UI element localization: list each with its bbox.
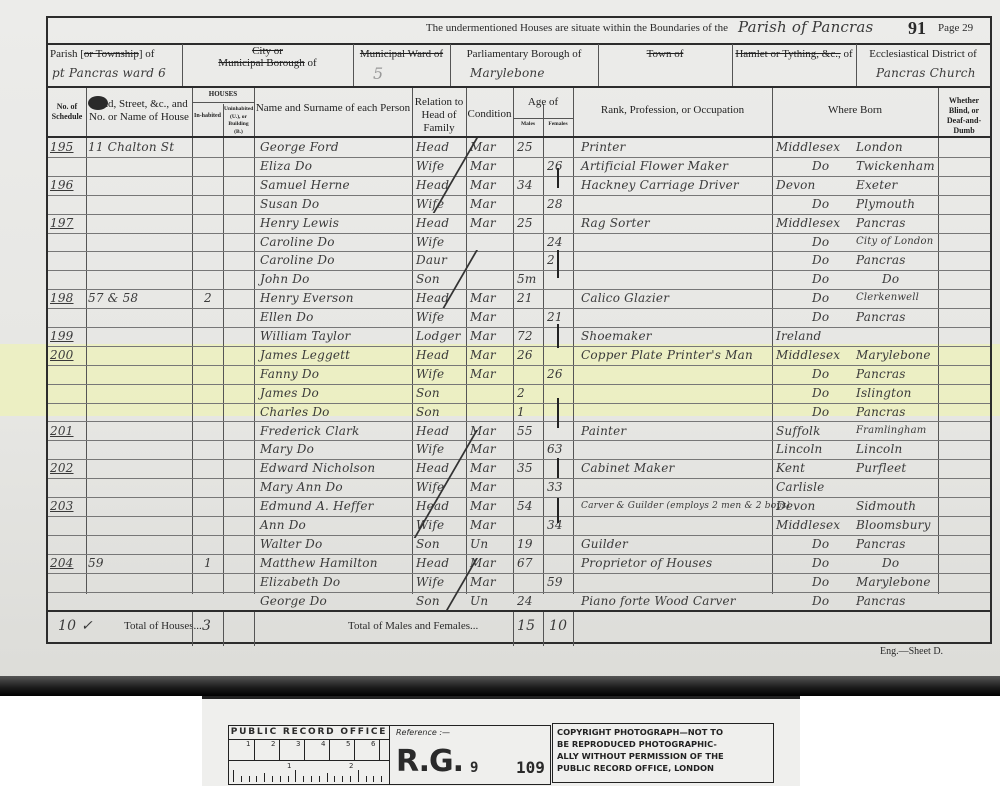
cm-label: 3: [296, 740, 300, 748]
tally-tick: [557, 458, 559, 478]
birth-county: Middlesex: [776, 216, 840, 230]
tally-tick: [557, 398, 559, 428]
tally-tick: [557, 250, 559, 278]
cm-label: 1: [246, 740, 250, 748]
road-address: 57 & 58: [88, 291, 138, 305]
relation-to-head: Lodger: [416, 329, 461, 343]
table-row[interactable]: 199William TaylorLodgerMar72ShoemakerIre…: [48, 327, 990, 346]
table-row[interactable]: James DoSon2DoIslington: [48, 384, 990, 403]
inch-tick: [381, 776, 382, 782]
inch-tick: [256, 776, 257, 782]
relation-to-head: Wife: [416, 159, 444, 173]
occupation: Printer: [581, 140, 625, 154]
birth-place: Plymouth: [856, 197, 915, 211]
table-row[interactable]: 197Henry LewisHeadMar25Rag SorterMiddles…: [48, 214, 990, 233]
condition: Un: [470, 537, 488, 551]
birth-place: Clerkenwell: [856, 292, 919, 303]
male-age: 67: [517, 556, 533, 570]
birth-place: Pancras: [856, 216, 906, 230]
table-row[interactable]: 203Edmund A. HefferHeadMar54Carver & Gui…: [48, 497, 990, 516]
table-row[interactable]: 204591Matthew HamiltonHeadMar67Proprieto…: [48, 554, 990, 573]
copyright-line: BE REPRODUCED PHOTOGRAPHIC-: [557, 738, 769, 750]
footer-note: Eng.—Sheet D.: [880, 646, 943, 657]
title-line: The undermentioned Houses are situate wi…: [288, 22, 728, 34]
inch-tick: [233, 770, 234, 782]
birth-place: Purfleet: [856, 461, 906, 475]
birth-county: Devon: [776, 178, 815, 192]
reference-label: Reference :—: [396, 728, 450, 737]
total-males: 15: [517, 618, 535, 634]
total-houses-value: 3: [202, 618, 211, 634]
header-box-value: Pancras Church: [876, 66, 976, 80]
birth-county: Ireland: [776, 329, 821, 343]
female-age: 24: [547, 235, 563, 249]
cm-tick: [254, 739, 255, 760]
inch-tick: [350, 776, 351, 782]
person-name: George Ford: [260, 140, 339, 154]
inch-tick: [334, 776, 335, 782]
birth-county: Do: [812, 367, 829, 381]
person-name: James Leggett: [260, 348, 350, 362]
inch-tick: [366, 776, 367, 782]
person-name: Elizabeth Do: [260, 575, 340, 589]
table-row[interactable]: Caroline DoDaur2DoPancras: [48, 251, 990, 270]
birth-county: Carlisle: [776, 480, 824, 494]
label-line: Municipal Borough of: [184, 57, 351, 69]
condition: Mar: [470, 159, 496, 173]
female-age: 2: [547, 253, 555, 267]
totals-divider: [543, 612, 544, 646]
inhabited-count: 2: [204, 291, 212, 305]
inch-tick: [249, 776, 250, 782]
birth-place: London: [856, 140, 903, 154]
road-address: 59: [88, 556, 104, 570]
person-name: Henry Lewis: [260, 216, 339, 230]
birth-place: Marylebone: [856, 348, 931, 362]
birth-county: Do: [812, 272, 829, 286]
inch-tick: [303, 776, 304, 782]
folio-number: 91: [908, 18, 926, 39]
birth-place: Pancras: [856, 405, 906, 419]
header-box-label: Hamlet or Tything, &c., of: [734, 48, 854, 60]
struck-label: or Township: [84, 48, 139, 60]
column-header-males: Males: [514, 121, 542, 129]
inch-tick: [295, 770, 296, 782]
relation-to-head: Head: [416, 348, 449, 362]
houses-subdivider: [192, 102, 254, 103]
label-text: Ecclesiastical District of: [869, 48, 977, 60]
column-header-houses: HOUSES: [193, 90, 253, 99]
header-divider: [353, 44, 354, 87]
schedule-number: 197: [50, 216, 74, 230]
birth-place: Do: [882, 556, 899, 570]
birth-county: Do: [812, 235, 829, 249]
table-row[interactable]: Mary DoWifeMar63LincolnLincoln: [48, 440, 990, 459]
tally-tick: [557, 324, 559, 348]
person-name: Caroline Do: [260, 253, 335, 267]
total-houses-label: Total of Houses...: [124, 620, 202, 632]
table-row[interactable]: 201Frederick ClarkHeadMar55PainterSuffol…: [48, 422, 990, 441]
female-age: 21: [547, 310, 563, 324]
struck-label: Hamlet or Tything, &c.,: [735, 48, 840, 60]
header-box-label: Municipal Ward of: [355, 48, 448, 60]
relation-to-head: Head: [416, 140, 449, 154]
person-name: Walter Do: [260, 537, 322, 551]
table-row[interactable]: Walter DoSonUn19GuilderDoPancras: [48, 535, 990, 554]
relation-to-head: Son: [416, 272, 440, 286]
column-header-condition: Condition: [467, 108, 512, 121]
schedule-number: 198: [50, 291, 74, 305]
relation-to-head: Wife: [416, 310, 444, 324]
birth-place: Do: [882, 272, 899, 286]
person-name: Frederick Clark: [260, 424, 360, 438]
scale-divider: [229, 760, 389, 761]
total-persons-label: Total of Males and Females...: [348, 620, 478, 632]
birth-place: Pancras: [856, 367, 906, 381]
inch-tick: [342, 776, 343, 782]
occupation: Rag Sorter: [581, 216, 650, 230]
cm-tick: [304, 739, 305, 760]
birth-place: Marylebone: [856, 575, 931, 589]
totals-divider: [192, 612, 193, 646]
person-name: Mary Do: [260, 442, 314, 456]
label-text: Parliamentary Borough of: [467, 48, 582, 60]
struck-label: Municipal Borough: [218, 57, 304, 69]
relation-to-head: Wife: [416, 235, 444, 249]
birth-county: Do: [812, 405, 829, 419]
column-header-relation: Relation to Head of Family: [413, 96, 465, 135]
birth-county: Do: [812, 291, 829, 305]
birth-county: Do: [812, 197, 829, 211]
condition: Mar: [470, 499, 496, 513]
occupation: Cabinet Maker: [581, 461, 674, 475]
condition: Mar: [470, 480, 496, 494]
reference-series: 9: [470, 760, 478, 776]
header-box-label: Town of: [600, 48, 730, 60]
struck-label: City or: [184, 45, 351, 57]
header-box-label: Ecclesiastical District of: [858, 48, 988, 60]
birth-county: Lincoln: [776, 442, 822, 456]
copyright-line: PUBLIC RECORD OFFICE, LONDON: [557, 762, 769, 774]
male-age: 1: [517, 405, 525, 419]
occupation: Shoemaker: [581, 329, 652, 343]
table-row[interactable]: Caroline DoWife24DoCity of London: [48, 233, 990, 252]
person-name: Edward Nicholson: [260, 461, 375, 475]
relation-to-head: Head: [416, 178, 449, 192]
total-females: 10: [549, 618, 567, 634]
relation-to-head: Son: [416, 405, 440, 419]
birth-county: Middlesex: [776, 518, 840, 532]
person-name: Ellen Do: [260, 310, 314, 324]
birth-place: Pancras: [856, 253, 906, 267]
schedule-number: 195: [50, 140, 74, 154]
female-age: 59: [547, 575, 563, 589]
cm-label: 4: [321, 740, 325, 748]
condition: Mar: [470, 291, 496, 305]
occupation: Painter: [581, 424, 626, 438]
condition: Mar: [470, 367, 496, 381]
table-row[interactable]: 196Samuel HerneHeadMar34Hackney Carriage…: [48, 176, 990, 195]
copyright-line: ALLY WITHOUT PERMISSION OF THE: [557, 750, 769, 762]
header-box-label: Parliamentary Borough of: [452, 48, 596, 60]
column-header-females: Females: [544, 121, 572, 129]
schedule-number: 200: [50, 348, 74, 362]
column-header-age: Age of: [514, 96, 572, 109]
person-name: Edmund A. Heffer: [260, 499, 374, 513]
birth-county: Do: [812, 253, 829, 267]
female-age: 63: [547, 442, 563, 456]
relation-to-head: Wife: [416, 575, 444, 589]
cm-label: 2: [271, 740, 275, 748]
condition: Mar: [470, 310, 496, 324]
male-age: 24: [517, 594, 533, 608]
reference-class: R.G.: [396, 744, 463, 779]
condition: Mar: [470, 518, 496, 532]
male-age: 2: [517, 386, 525, 400]
cm-tick: [279, 739, 280, 760]
birth-place: Framlingham: [856, 425, 927, 436]
female-age: 28: [547, 197, 563, 211]
column-header-uninhabited: Uninhabited (U.), or Building (B.): [224, 106, 253, 136]
page-label: Page 29: [938, 22, 973, 34]
condition: Mar: [470, 329, 496, 343]
totals-divider: [573, 612, 574, 646]
relation-to-head: Head: [416, 424, 449, 438]
inch-tick: [288, 776, 289, 782]
male-age: 54: [517, 499, 533, 513]
condition: Un: [470, 594, 488, 608]
relation-to-head: Wife: [416, 442, 444, 456]
person-name: Eliza Do: [260, 159, 312, 173]
birth-county: Do: [812, 537, 829, 551]
tally-tick: [557, 168, 559, 188]
age-subdivider: [513, 118, 573, 119]
birth-county: Do: [812, 386, 829, 400]
birth-place: Twickenham: [856, 159, 935, 173]
condition: Mar: [470, 442, 496, 456]
totals-divider: [513, 612, 514, 646]
birth-county: Kent: [776, 461, 805, 475]
birth-place: Pancras: [856, 310, 906, 324]
column-header-inhabited: In-habited: [193, 112, 222, 120]
total-schedules: 10 ✓: [58, 618, 93, 634]
schedule-number: 203: [50, 499, 74, 513]
relation-to-head: Head: [416, 556, 449, 570]
birth-place: Islington: [856, 386, 912, 400]
occupation: Artificial Flower Maker: [581, 159, 728, 173]
table-row[interactable]: 200James LeggettHeadMar26Copper Plate Pr…: [48, 346, 990, 365]
cm-tick: [329, 739, 330, 760]
struck-label: Town of: [647, 48, 684, 60]
birth-place: Exeter: [856, 178, 898, 192]
header-divider: [732, 44, 733, 87]
relation-to-head: Head: [416, 216, 449, 230]
birth-place: Pancras: [856, 594, 906, 608]
cm-label: 5: [346, 740, 350, 748]
person-name: Matthew Hamilton: [260, 556, 378, 570]
birth-place: Lincoln: [856, 442, 902, 456]
person-name: Mary Ann Do: [260, 480, 343, 494]
header-divider: [856, 44, 857, 87]
inch-label: 2: [349, 762, 353, 770]
table-row[interactable]: Charles DoSon1DoPancras: [48, 403, 990, 422]
column-header-blind: Whether Blind, or Deaf-and-Dumb: [939, 96, 989, 136]
table-row[interactable]: 19511 Chalton StGeorge FordHeadMar25Prin…: [48, 138, 990, 157]
reference-piece: 109: [516, 758, 545, 777]
occupation: Proprietor of Houses: [581, 556, 712, 570]
road-address: 11 Chalton St: [88, 140, 174, 154]
relation-to-head: Son: [416, 594, 440, 608]
copyright-notice: COPYRIGHT PHOTOGRAPH—NOT TOBE REPRODUCED…: [552, 723, 774, 783]
condition: Mar: [470, 348, 496, 362]
tally-tick: [557, 498, 559, 523]
condition: Mar: [470, 461, 496, 475]
male-age: 72: [517, 329, 533, 343]
female-age: 34: [547, 518, 563, 532]
birth-place: Sidmouth: [856, 499, 916, 513]
schedule-number: 199: [50, 329, 74, 343]
table-row[interactable]: John DoSon5mDoDo: [48, 270, 990, 289]
header-divider: [598, 44, 599, 87]
scale-divider: [229, 739, 389, 740]
inch-tick: [280, 776, 281, 782]
label-text: Parish [: [50, 48, 84, 60]
person-name: John Do: [260, 272, 310, 286]
column-header-where-born: Where Born: [773, 104, 937, 117]
cm-tick: [354, 739, 355, 760]
person-name: Ann Do: [260, 518, 306, 532]
occupation: Hackney Carriage Driver: [581, 178, 739, 192]
male-age: 5m: [517, 272, 536, 286]
male-age: 25: [517, 140, 533, 154]
condition: Mar: [470, 216, 496, 230]
inch-tick: [241, 776, 242, 782]
table-row[interactable]: Ellen DoWifeMar21DoPancras: [48, 308, 990, 327]
cm-label: 6: [371, 740, 375, 748]
column-header-occupation: Rank, Profession, or Occupation: [574, 104, 771, 117]
parish-handwritten: Parish of Pancras: [738, 18, 873, 36]
birth-county: Do: [812, 556, 829, 570]
male-age: 35: [517, 461, 533, 475]
condition: Mar: [470, 575, 496, 589]
person-name: George Do: [260, 594, 327, 608]
male-age: 25: [517, 216, 533, 230]
male-age: 55: [517, 424, 533, 438]
schedule-number: 204: [50, 556, 74, 570]
female-age: 33: [547, 480, 563, 494]
birth-county: Do: [812, 594, 829, 608]
condition: Mar: [470, 197, 496, 211]
record-office-scale: PUBLIC RECORD OFFICE 12345612: [228, 725, 390, 785]
census-form: The undermentioned Houses are situate wi…: [46, 16, 992, 644]
schedule-number: 202: [50, 461, 74, 475]
header-box-value: pt Pancras ward 6: [52, 66, 166, 80]
table-row[interactable]: Susan DoWifeMar28DoPlymouth: [48, 195, 990, 214]
birth-county: Middlesex: [776, 348, 840, 362]
person-name: Caroline Do: [260, 235, 335, 249]
occupation: Copper Plate Printer's Man: [581, 348, 753, 362]
occupation: Piano forte Wood Carver: [581, 594, 736, 608]
header-box-label: Parish [or Township] of: [50, 48, 180, 60]
header-divider: [450, 44, 451, 87]
header-box-value: Marylebone: [470, 66, 545, 80]
female-age: 26: [547, 159, 563, 173]
table-row[interactable]: Ann DoWifeMar34MiddlesexBloomsbury: [48, 516, 990, 535]
male-age: 21: [517, 291, 533, 305]
reference-box: Reference :— R.G. 9 109: [390, 725, 551, 785]
inch-tick: [373, 776, 374, 782]
relation-to-head: Son: [416, 386, 440, 400]
condition: Mar: [470, 178, 496, 192]
person-name: James Do: [260, 386, 319, 400]
label-suffix: ] of: [139, 48, 155, 60]
relation-to-head: Daur: [416, 253, 447, 267]
archive-reference-card: PUBLIC RECORD OFFICE 12345612 Reference …: [202, 696, 800, 786]
label-suffix: of: [841, 48, 853, 60]
inch-tick: [272, 776, 273, 782]
schedule-number: 201: [50, 424, 74, 438]
ink-blot: [88, 96, 108, 110]
male-age: 34: [517, 178, 533, 192]
page-edge-shadow: [0, 676, 1000, 696]
record-office-title: PUBLIC RECORD OFFICE: [229, 727, 389, 737]
column-header-schedule: No. of Schedule: [49, 102, 85, 122]
birth-county: Do: [812, 575, 829, 589]
inch-tick: [358, 770, 359, 782]
struck-label: Municipal Ward of: [360, 48, 443, 60]
header-divider: [182, 44, 183, 87]
inch-tick: [319, 776, 320, 782]
occupation: Calico Glazier: [581, 291, 669, 305]
table-row[interactable]: Eliza DoWifeMar26Artificial Flower Maker…: [48, 157, 990, 176]
table-row[interactable]: 19857 & 582Henry EversonHeadMar21Calico …: [48, 289, 990, 308]
table-row[interactable]: Mary Ann DoWifeMar33Carlisle: [48, 478, 990, 497]
inch-label: 1: [287, 762, 291, 770]
birth-county: Do: [812, 159, 829, 173]
table-row[interactable]: Fanny DoWifeMar26DoPancras: [48, 365, 990, 384]
relation-to-head: Head: [416, 461, 449, 475]
schedule-number: 196: [50, 178, 74, 192]
table-row[interactable]: George DoSonUn24Piano forte Wood CarverD…: [48, 592, 990, 611]
column-header-name: Name and Surname of each Person: [255, 102, 411, 115]
birth-place: Pancras: [856, 537, 906, 551]
person-name: Susan Do: [260, 197, 319, 211]
table-row[interactable]: Elizabeth DoWifeMar59DoMarylebone: [48, 573, 990, 592]
totals-divider: [254, 612, 255, 646]
table-row[interactable]: 202Edward NicholsonHeadMar35Cabinet Make…: [48, 459, 990, 478]
birth-county: Middlesex: [776, 140, 840, 154]
person-name: Charles Do: [260, 405, 330, 419]
header-box-label: City orMunicipal Borough of: [184, 45, 351, 69]
inhabited-count: 1: [204, 556, 212, 570]
relation-to-head: Son: [416, 537, 440, 551]
cm-tick: [379, 739, 380, 760]
inch-tick: [327, 773, 328, 782]
inch-tick: [264, 773, 265, 782]
person-name: Fanny Do: [260, 367, 319, 381]
birth-place: Bloomsbury: [856, 518, 931, 532]
header-box-value: 5: [373, 64, 383, 83]
birth-place: City of London: [856, 236, 933, 247]
person-name: Henry Everson: [260, 291, 354, 305]
birth-county: Suffolk: [776, 424, 821, 438]
male-age: 19: [517, 537, 533, 551]
relation-to-head: Wife: [416, 367, 444, 381]
birth-county: Devon: [776, 499, 815, 513]
birth-county: Do: [812, 310, 829, 324]
person-name: Samuel Herne: [260, 178, 350, 192]
female-age: 26: [547, 367, 563, 381]
